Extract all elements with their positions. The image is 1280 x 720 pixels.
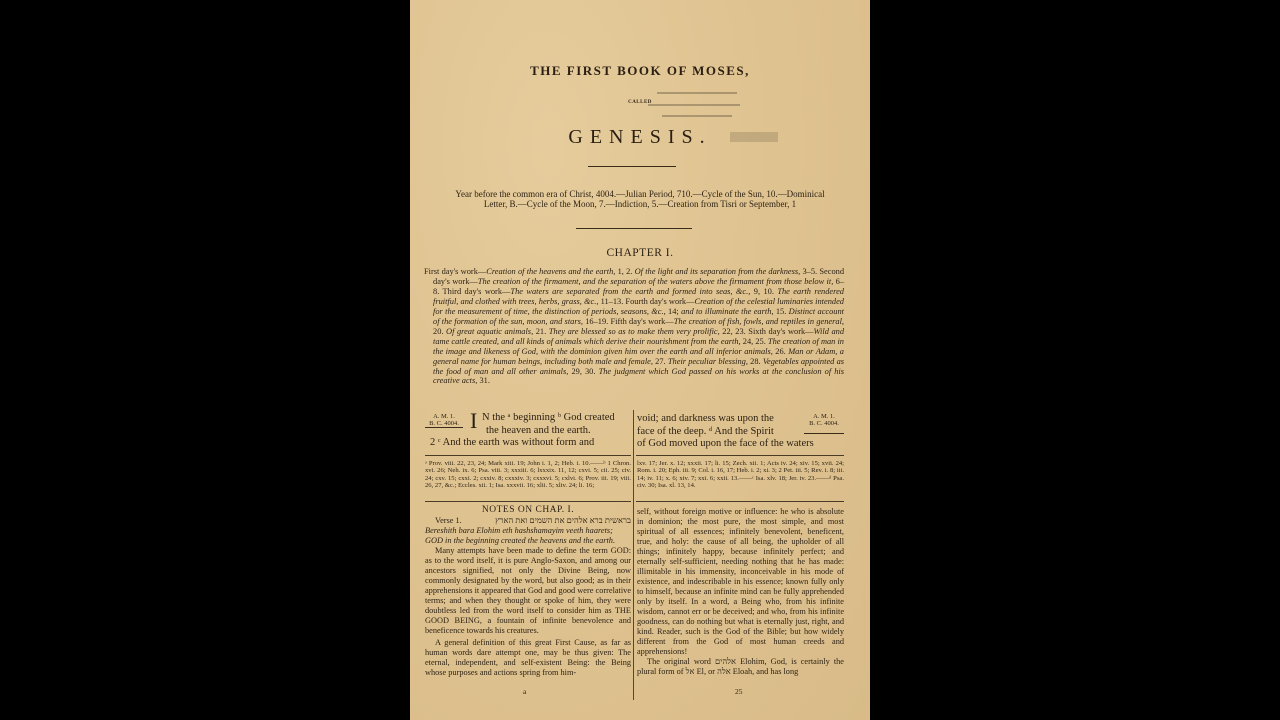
book-title: THE FIRST BOOK OF MOSES, [410,63,870,79]
summary-run: 15. [773,307,788,316]
footnotes-left: ᵃ Prov. viii. 22, 23, 24; Mark xiii. 19;… [425,460,631,490]
verse-label: Verse 1. [425,516,462,526]
scan-noise [730,132,778,142]
summary-italic-run: The creation of the firmament, and the s… [478,277,834,286]
summary-run: 11–13. Fourth day's work— [598,297,694,306]
before-christ: B. C. 4004. [804,420,844,427]
notes-left-column: NOTES ON CHAP. I. Verse 1. בראשית ברא אל… [425,505,631,678]
signature-mark: a [523,687,526,696]
chronology: Year before the common era of Christ, 40… [424,189,856,209]
scan-noise [648,104,740,106]
anno-mundi: A. M. 1. [804,413,844,420]
before-christ: B. C. 4004. [425,420,463,428]
summary-italic-run: The creation of fish, fowls, and reptile… [674,317,844,326]
verse-right-column: void; and darkness was upon the face of … [637,413,802,451]
column-divider [633,410,634,700]
margin-date-left: A. M. 1. B. C. 4004. [425,413,463,429]
chapter-heading: CHAPTER I. [410,247,870,259]
verse-1-line-1: N the ᵃ beginning ᵇ God created [470,412,630,425]
summary-italic-run: Creation of the heavens and the earth, [486,267,615,276]
verse-footnote-divider-left [425,455,631,456]
summary-run: 1, 2. [615,267,634,276]
margin-date-right: A. M. 1. B. C. 4004. [804,413,844,435]
notes-paragraph: self, without foreign motive or influenc… [637,507,844,657]
verse-right-line-1: void; and darkness was upon the [637,413,802,426]
footnotes-right: lxv. 17; Jer. x. 12; xxxii. 17; li. 15; … [637,460,844,490]
hebrew-text: בראשית ברא אלהים את השמים ואת הארץ [495,516,631,526]
summary-run: 16–19. Fifth day's work— [583,317,674,326]
summary-run: 28. [748,357,763,366]
summary-run: 27. [653,357,668,366]
summary-italic-run: and to illuminate the earth, [681,307,773,316]
summary-italic-run: They are blessed so as to make them very… [549,327,720,336]
summary-run: 26. [773,347,788,356]
verse-footnote-divider-right [636,455,844,456]
summary-italic-run: Their peculiar blessing, [668,357,748,366]
transliteration: Bereshith bara Elohim eth hashshamayim v… [425,526,631,536]
chronology-divider [576,228,692,229]
page-number: 25 [735,687,743,696]
notes-right-column: self, without foreign motive or influenc… [637,507,844,677]
summary-run: First day's work— [424,267,486,276]
summary-run: 20. [433,327,446,336]
footnote-notes-divider-left [425,501,631,502]
chapter-summary: First day's work—Creation of the heavens… [424,267,844,386]
notes-paragraph: A general definition of this great First… [425,638,631,678]
chronology-line-2: Letter, B.—Cycle of the Moon, 7.—Indicti… [424,199,856,209]
book-page: THE FIRST BOOK OF MOSES, CALLED GENESIS.… [410,0,870,720]
verse-right-line-3: of God moved upon the face of the waters [637,438,802,451]
summary-run: 14; [666,307,681,316]
summary-run: 29, 30. [568,367,598,376]
book-name: GENESIS. [410,126,870,149]
footnote-notes-divider-right [636,501,844,502]
scan-noise [662,115,732,117]
title-divider [588,166,676,167]
notes-heading: NOTES ON CHAP. I. [425,505,631,516]
summary-run: 21. [533,327,549,336]
summary-italic-run: Of the light and its separation from the… [635,267,801,276]
scan-noise [657,92,737,94]
drop-cap: I [470,410,477,432]
summary-italic-run: The waters are separated from the earth … [510,287,750,296]
chapter-summary-text: First day's work—Creation of the heavens… [424,267,844,386]
notes-paragraph: Many attempts have been made to define t… [425,546,631,636]
anno-mundi: A. M. 1. [425,413,463,420]
summary-run: 24, 25. [741,337,768,346]
summary-run: 31. [477,376,490,385]
summary-run: 22, 23. Sixth day's work— [720,327,814,336]
chronology-line-1: Year before the common era of Christ, 40… [424,189,856,199]
notes-paragraph: The original word אלהים Elohim, God, is … [637,657,844,677]
translation: GOD in the beginning created the heavens… [425,536,631,546]
summary-run: 9, 10. [750,287,777,296]
verse-left-column: I N the ᵃ beginning ᵇ God created the he… [470,412,630,437]
verse-2: 2 ᶜ And the earth was without form and [430,437,630,450]
verse-right-line-2: face of the deep. ᵈ And the Spirit [637,426,802,439]
summary-italic-run: Of great aquatic animals, [446,327,533,336]
verse-1-line-2: the heaven and the earth. [470,425,630,438]
called-label: CALLED [410,100,870,105]
